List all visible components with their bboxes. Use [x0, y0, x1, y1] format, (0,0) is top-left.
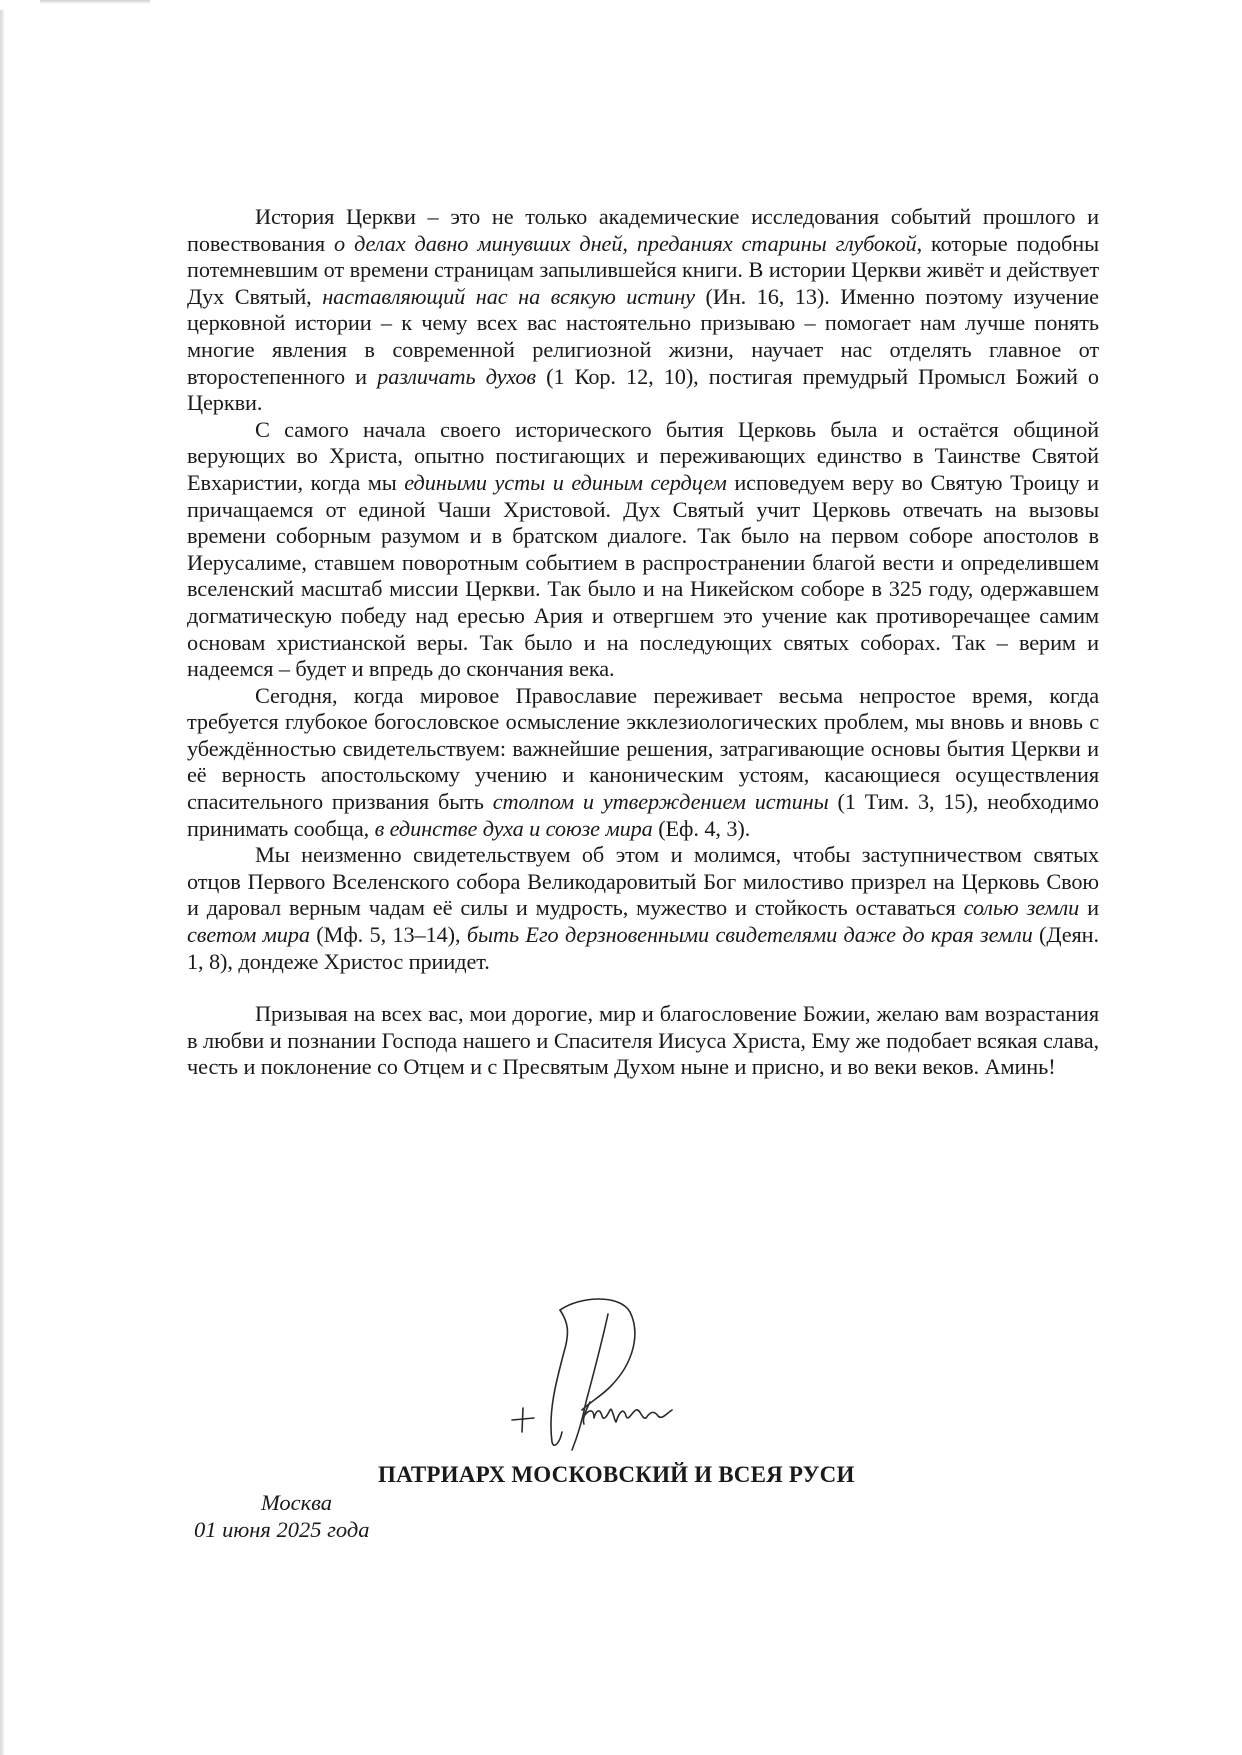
- scripture-quote: светом мира: [187, 922, 310, 947]
- text-segment: Призывая на всех вас, мои дорогие, мир и…: [187, 1001, 1099, 1079]
- paragraph: Сегодня, когда мировое Православие переж…: [187, 683, 1099, 843]
- date-of-signing: 01 июня 2025 года: [194, 1517, 369, 1543]
- handwritten-signature-icon: [490, 1292, 700, 1452]
- letter-body: История Церкви – это не только академиче…: [187, 204, 1099, 1081]
- scan-page-edge-top: [40, 0, 150, 4]
- scripture-quote: в единстве духа и союзе мира: [375, 816, 653, 841]
- text-segment: и: [1079, 895, 1099, 920]
- paragraph: История Церкви – это не только академиче…: [187, 204, 1099, 417]
- text-segment: (Мф. 5, 13–14),: [310, 922, 467, 947]
- signatory-title: ПАТРИАРХ МОСКОВСКИЙ И ВСЕЯ РУСИ: [378, 1462, 855, 1488]
- paragraph: С самого начала своего исторического быт…: [187, 417, 1099, 683]
- text-segment: (Еф. 4, 3).: [653, 816, 750, 841]
- paragraph: Призывая на всех вас, мои дорогие, мир и…: [187, 1001, 1099, 1081]
- scripture-quote: наставляющий нас на всякую истину: [322, 284, 695, 309]
- scripture-quote: быть Его дерзновенными свидетелями даже …: [467, 922, 1033, 947]
- place-of-signing: Москва: [261, 1490, 332, 1516]
- text-segment: исповедуем веру во Святую Троицу и прича…: [187, 470, 1099, 681]
- scripture-quote: различать духов: [377, 364, 536, 389]
- scripture-quote: столпом и утверждением истины: [493, 789, 829, 814]
- paragraph: Мы неизменно свидетельствуем об этом и м…: [187, 842, 1099, 975]
- scan-page-edge: [0, 10, 4, 1755]
- scripture-quote: едиными усты и единым сердцем: [404, 470, 726, 495]
- text-segment: Мы неизменно свидетельствуем об этом и м…: [187, 842, 1099, 920]
- scripture-quote: о делах давно минувших дней, преданиях с…: [334, 231, 917, 256]
- scripture-quote: солью земли: [964, 895, 1080, 920]
